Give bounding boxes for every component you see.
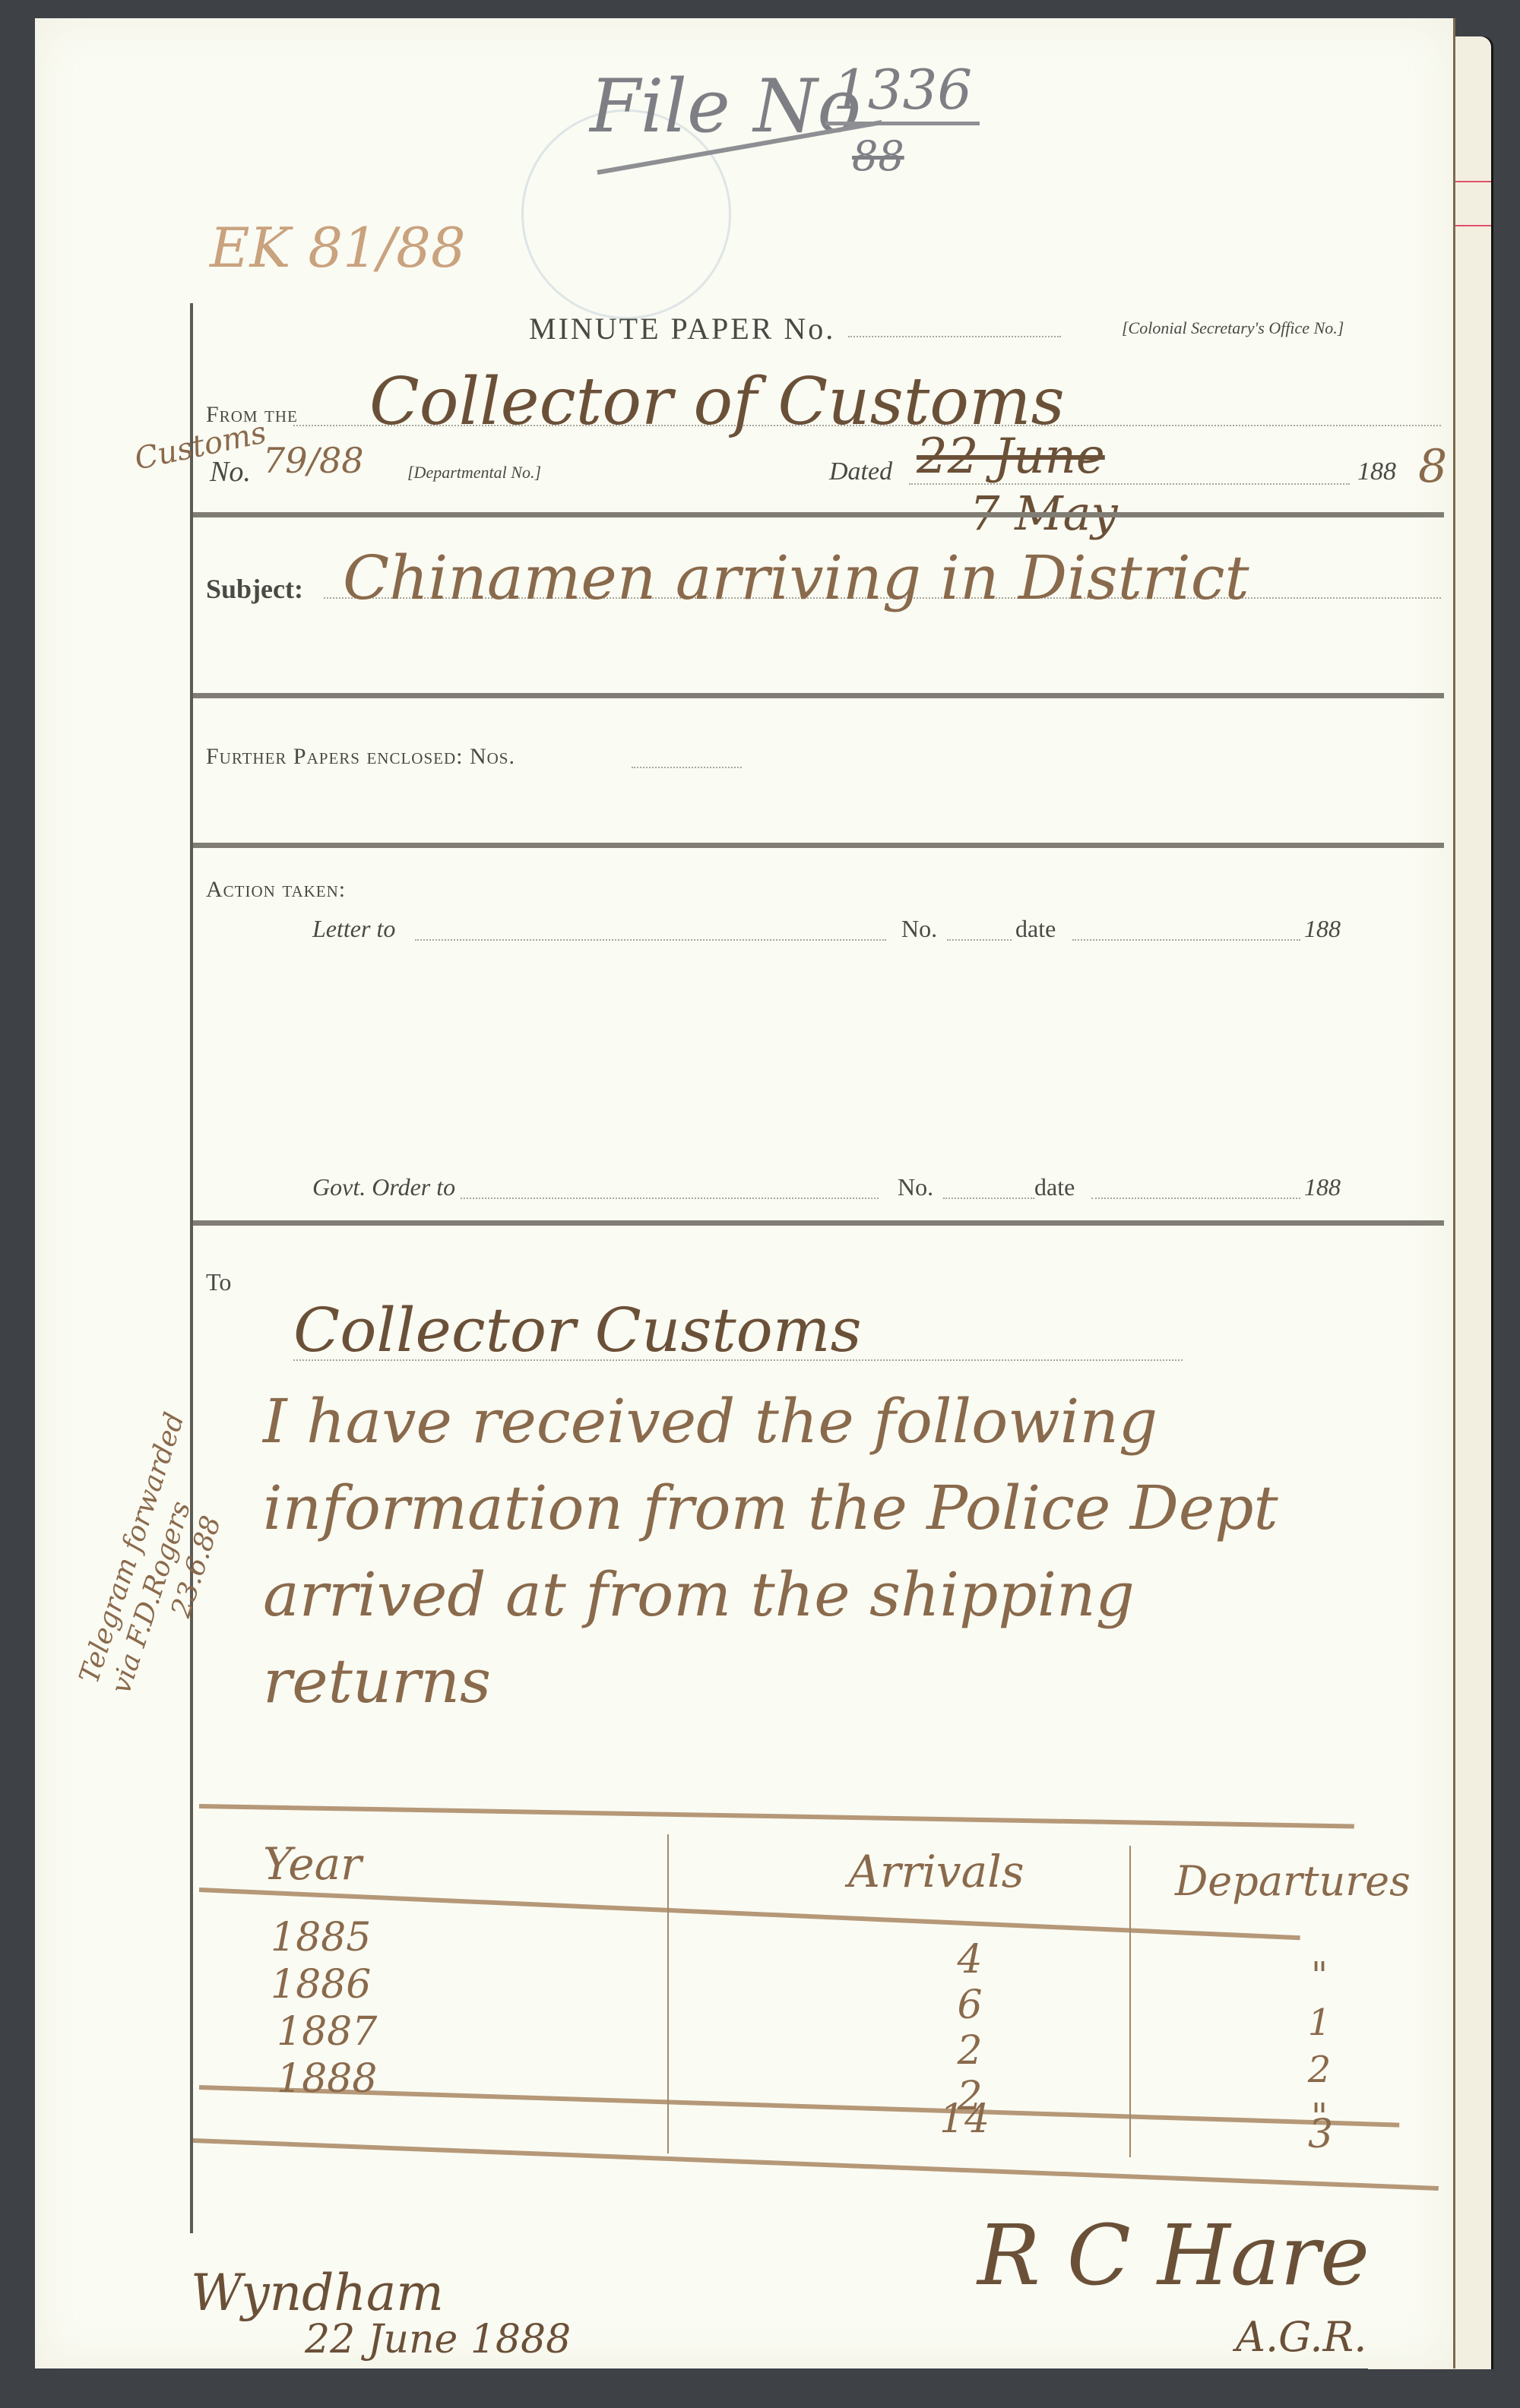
section-rule (193, 512, 1444, 517)
year-prefix: 188 (1357, 457, 1396, 486)
red-rule (1453, 225, 1491, 226)
arrivals-column: 4 6 2 2 (947, 1937, 993, 2119)
margin-rule (190, 303, 193, 2233)
table-bottom-rule (193, 2138, 1439, 2191)
margin-note-telegram: Telegram forwarded via F.D.Rogers 23.6.8… (73, 1316, 286, 1708)
govt-order-year: 188 (1304, 1173, 1341, 1201)
departmental-no-label: [Departmental No.] (407, 463, 541, 483)
minute-paper-sheet: File No 1336 88 EK 81/88 MINUTE PAPER No… (35, 18, 1455, 2368)
signature-title: A.G.R. (1236, 2313, 1366, 2361)
header-arrivals: Arrivals (848, 1846, 1024, 1897)
subject-label: Subject: (206, 573, 303, 605)
further-papers-field (632, 767, 742, 768)
letter-date-label: date (1015, 915, 1056, 943)
letter-to-label: Letter to (312, 915, 395, 943)
year-cell: 1886 (271, 1961, 377, 2008)
body-line: returns (263, 1638, 1278, 1725)
year-cell: 1887 (271, 2008, 377, 2055)
letter-to-field (415, 939, 886, 941)
dated-label: Dated (829, 457, 892, 486)
letter-date-field (1072, 939, 1300, 941)
minute-no-field (848, 336, 1061, 337)
year-cell: 1885 (271, 1914, 377, 1961)
table-col-divider (1129, 1846, 1131, 2157)
govt-order-no-field (943, 1198, 1034, 1199)
departures-cell: 1 (1300, 1999, 1338, 2046)
table-col-divider (667, 1834, 669, 2153)
file-number-year: 88 (852, 132, 904, 180)
corner-reference: EK 81/88 (210, 216, 466, 280)
table-body-rule (199, 2085, 1399, 2128)
section-rule (193, 693, 1444, 698)
year-cell: 1888 (271, 2055, 377, 2103)
year-column: 1885 1886 1887 1888 (271, 1914, 377, 2103)
letter-no-label: No. (901, 915, 937, 943)
further-papers-label: Further Papers enclosed: Nos. (206, 744, 515, 770)
govt-order-date-field (1091, 1198, 1300, 1199)
file-number: 1336 (825, 58, 980, 125)
table-top-rule (199, 1804, 1354, 1829)
letter-no-field (947, 939, 1012, 941)
header-departures: Departures (1175, 1857, 1411, 1905)
subject-value: Chinamen arriving in District (343, 543, 1249, 613)
departures-cell: " (1300, 1952, 1338, 1999)
red-rule (1453, 181, 1491, 182)
no-label: No. (210, 455, 251, 489)
arrivals-cell: 2 (947, 2028, 993, 2074)
body-text: I have received the following informatio… (263, 1378, 1278, 1725)
arrivals-cell: 4 (947, 1937, 993, 1982)
govt-order-field (461, 1198, 879, 1199)
page-title: MINUTE PAPER No. (529, 311, 835, 346)
body-line: I have received the following (263, 1378, 1278, 1465)
header-year: Year (263, 1838, 362, 1890)
year-suffix: 8 (1418, 440, 1447, 493)
body-line: information from the Police Dept (263, 1465, 1278, 1552)
file-number-label: File No (590, 64, 861, 149)
departures-total: 3 (1308, 2112, 1333, 2157)
section-rule (193, 843, 1444, 848)
govt-order-date-label: date (1034, 1173, 1075, 1201)
dated-struck-value: 22 June (917, 429, 1105, 485)
footer-date: 22 June 1888 (305, 2317, 571, 2362)
action-taken-label: Action taken: (206, 877, 346, 903)
arrivals-cell: 6 (947, 1982, 993, 2028)
departmental-no: 79/88 (263, 440, 364, 481)
arrivals-total: 14 (939, 2096, 990, 2142)
body-line: arrived at from the shipping (263, 1552, 1278, 1638)
departures-cell: 2 (1300, 2046, 1338, 2093)
section-rule (193, 1220, 1444, 1226)
to-label: To (206, 1268, 231, 1296)
to-value: Collector Customs (293, 1295, 862, 1365)
govt-order-no-label: No. (898, 1173, 933, 1201)
to-field-line (293, 1359, 1183, 1361)
office-note: [Colonial Secretary's Office No.] (1122, 318, 1344, 338)
govt-order-label: Govt. Order to (312, 1173, 455, 1201)
place: Wyndham (191, 2264, 444, 2322)
signature: R C Hare (977, 2207, 1370, 2304)
letter-year: 188 (1304, 915, 1341, 943)
